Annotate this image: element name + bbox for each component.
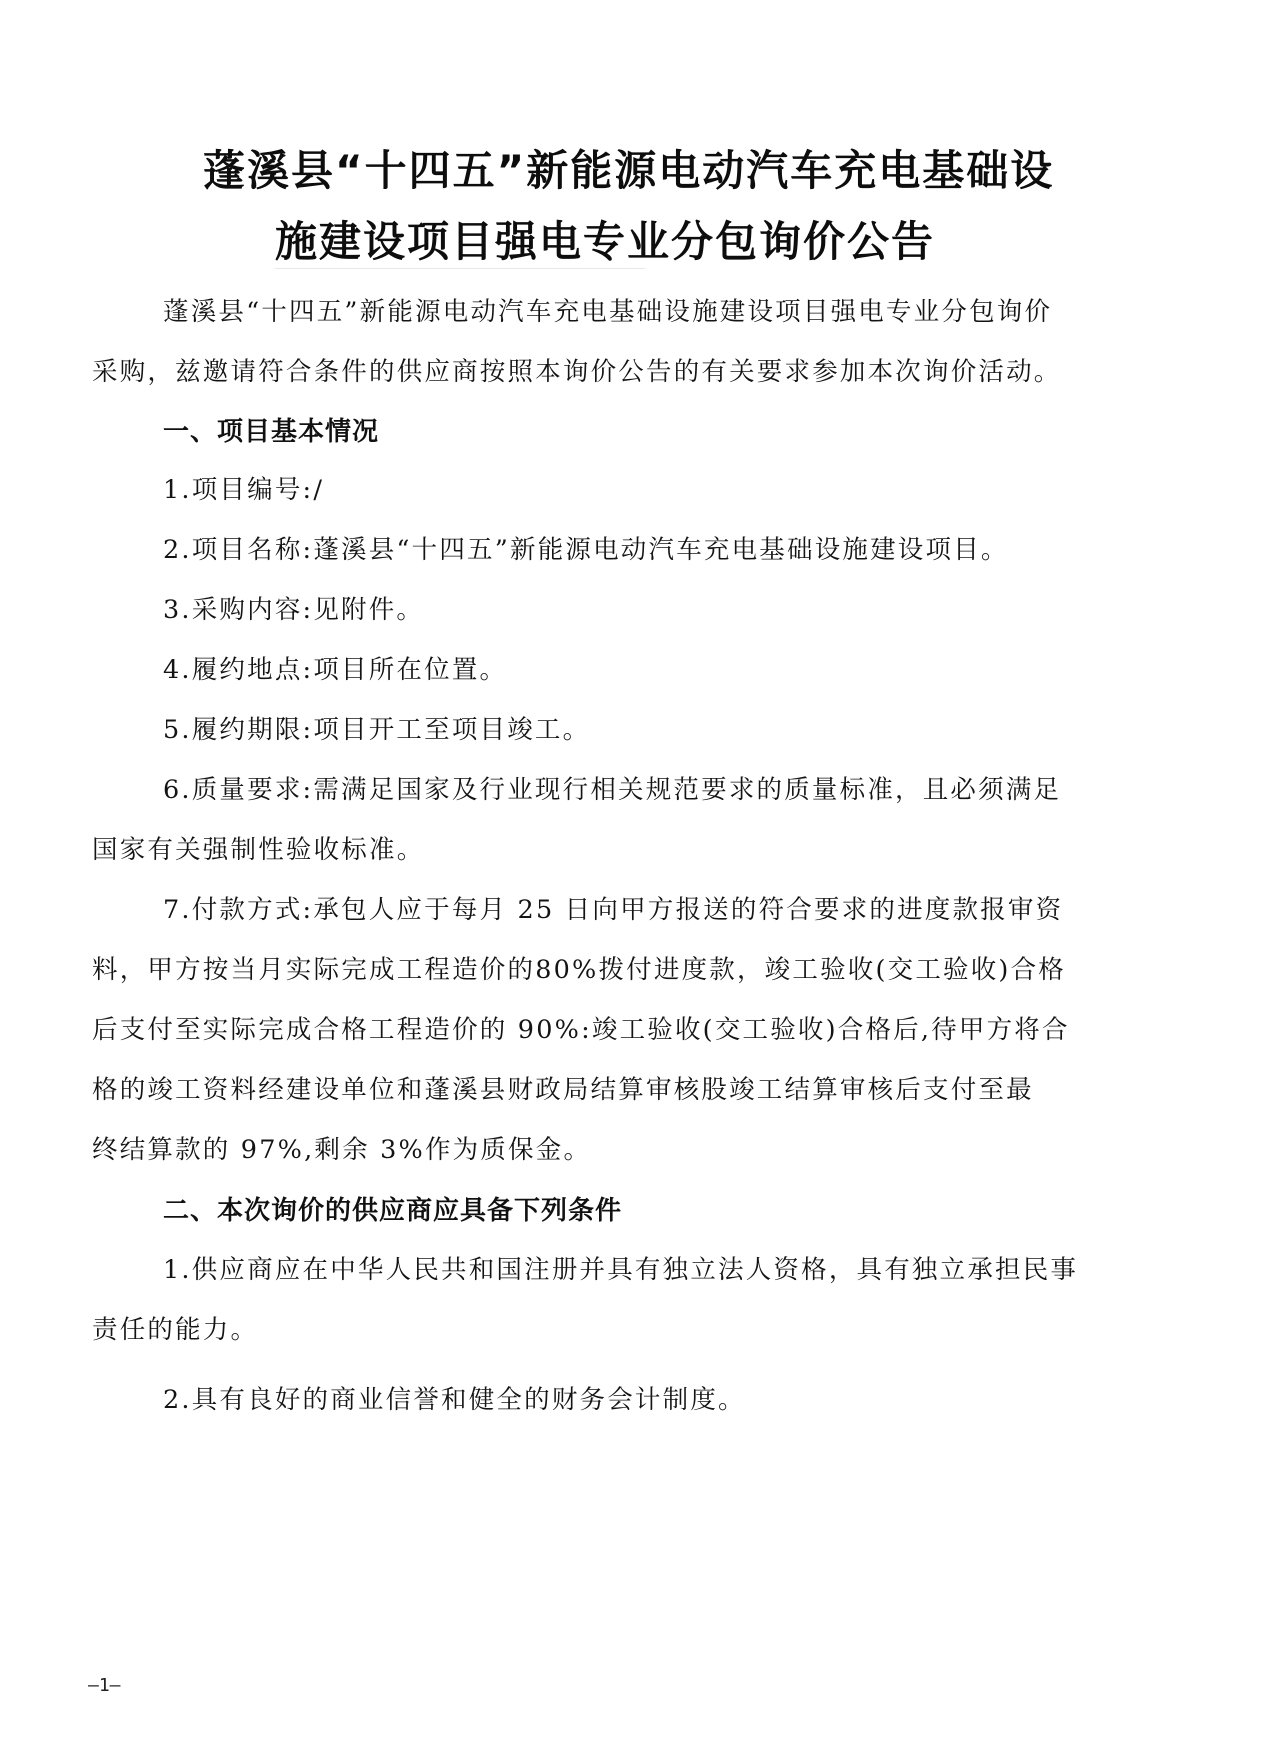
section-1-item-7-line-2: 料，甲方按当月实际完成工程造价的80%拨付进度款，竣工验收(交工验收)合格 [92,950,1066,986]
section-1-item-7-line-3: 后支付至实际完成合格工程造价的 90%:竣工验收(交工验收)合格后,待甲方将合 [92,1010,1070,1046]
section-1-item-4: 4.履约地点:项目所在位置。 [163,650,507,686]
section-1-item-2: 2.项目名称:蓬溪县“十四五”新能源电动汽车充电基础设施建设项目。 [163,530,1009,566]
section-1-item-6-line-2: 国家有关强制性验收标准。 [92,830,424,866]
page-number: —1— [88,1675,121,1696]
section-1-item-7-line-1: 7.付款方式:承包人应于每月 25 日向甲方报送的符合要求的进度款报审资 [163,890,1063,926]
intro-line-2: 采购，兹邀请符合条件的供应商按照本询价公告的有关要求参加本次询价活动。 [92,352,1062,388]
section-1-heading: 一、项目基本情况 [163,411,379,448]
scan-artifact-divider [275,268,645,269]
section-2-item-1-line-1: 1.供应商应在中华人民共和国注册并具有独立法人资格，具有独立承担民事 [163,1250,1078,1286]
section-1-item-3: 3.采购内容:见附件。 [163,590,424,626]
section-2-heading: 二、本次询价的供应商应具备下列条件 [163,1190,622,1227]
section-1-item-6-line-1: 6.质量要求:需满足国家及行业现行相关规范要求的质量标准，且必须满足 [163,770,1061,806]
section-2-item-1-line-2: 责任的能力。 [92,1310,258,1346]
intro-line-1: 蓬溪县“十四五”新能源电动汽车充电基础设施建设项目强电专业分包询价 [163,292,1052,328]
section-1-item-7-line-4: 格的竣工资料经建设单位和蓬溪县财政局结算审核股竣工结算审核后支付至最 [92,1070,1034,1106]
document-title-line-2: 施建设项目强电专业分包询价公告 [275,209,1280,269]
section-1-item-7-line-5: 终结算款的 97%,剩余 3%作为质保金。 [92,1130,591,1166]
section-1-item-1: 1.项目编号:/ [163,470,324,506]
section-2-item-2: 2.具有良好的商业信誉和健全的财务会计制度。 [163,1380,746,1416]
document-title-line-1: 蓬溪县“十四五”新能源电动汽车充电基础设 [203,138,1280,198]
section-1-item-5: 5.履约期限:项目开工至项目竣工。 [163,710,590,746]
